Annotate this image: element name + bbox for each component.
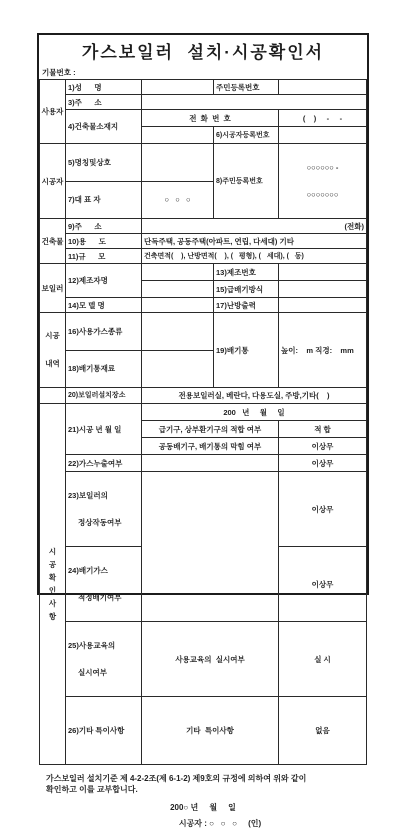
field-15-value bbox=[279, 281, 367, 298]
doc-number-label: 기물번호 : bbox=[39, 63, 367, 79]
row-3: 3)주 소 bbox=[40, 95, 367, 110]
field-19-value: 높이: m 직경: mm bbox=[279, 313, 367, 388]
field-4-value bbox=[142, 127, 214, 144]
field-26-value: 없음 bbox=[279, 697, 367, 765]
footer-statement-block: 가스보일러 설치기준 제 4-2-2조(제 6-1-2) 제9호의 규정에 의하… bbox=[39, 765, 367, 829]
field-23-24-mid bbox=[142, 472, 279, 622]
field-10-value: 단독주택, 공동주택(아파트, 연립, 다세대) 기타 bbox=[142, 234, 367, 249]
row-20: 20)보일러설치장소 전용보일러실, 베란다, 다용도실, 주방,기타( ) bbox=[40, 388, 367, 404]
field-10-label: 10)용 도 bbox=[66, 234, 142, 249]
field-3-label: 3)주 소 bbox=[66, 95, 142, 110]
section-boiler: 보일러 bbox=[40, 264, 66, 313]
field-9-label: 9)주 소 bbox=[66, 219, 142, 234]
field-12-label: 12)제조자명 bbox=[66, 264, 142, 298]
row-10: 10)용 도 단독주택, 공동주택(아파트, 연립, 다세대) 기타 bbox=[40, 234, 367, 249]
section-work-line1: 시공 bbox=[40, 331, 65, 341]
section-user: 사용자 bbox=[40, 80, 66, 144]
row-25: 25)사용교육의 실시여부 사용교육의 실시여부 실 시 bbox=[40, 622, 367, 697]
field-26-label: 26)기타 특이사항 bbox=[66, 697, 142, 765]
row-26: 26)기타 특이사항 기타 특이사항 없음 bbox=[40, 697, 367, 765]
field-22-label: 22)가스누출여부 bbox=[66, 455, 142, 472]
field-12-value2 bbox=[142, 281, 214, 298]
field-3-value bbox=[142, 95, 367, 110]
field-5-label: 5)명칭및상호 bbox=[66, 144, 142, 182]
field-17-label: 17)난방출력 bbox=[214, 298, 279, 313]
field-23-value: 이상무 bbox=[279, 472, 367, 547]
field-4-label: 4)건축물소재지 bbox=[66, 110, 142, 144]
check-2-value: 이상무 bbox=[279, 438, 367, 455]
field-5-value bbox=[142, 144, 214, 182]
field-13-label: 13)제조번호 bbox=[214, 264, 279, 281]
field-22-value: 이상무 bbox=[279, 455, 367, 472]
section-work-details: 시공 내역 bbox=[40, 313, 66, 388]
row-14: 14)모 델 명 17)난방출력 bbox=[40, 298, 367, 313]
section-building: 건축물 bbox=[40, 219, 66, 264]
field-24-label-line1: 24)배기가스 bbox=[68, 566, 139, 575]
footer-date: 200○ 년 월 일 bbox=[44, 802, 362, 813]
statement-line2: 확인하고 이를 교부합니다. bbox=[44, 784, 362, 795]
field-20-value: 전용보일러실, 베란다, 다용도실, 주방,기타( ) bbox=[142, 388, 367, 404]
field-13-value bbox=[279, 264, 367, 281]
field-8-value-line2: ○○○○○○○ bbox=[281, 190, 364, 199]
form-document: 가스보일러 설치·시공확인서 기물번호 : 사용자 1)성 명 주민등록번호 3… bbox=[37, 33, 369, 595]
phone-value: ( ) - - bbox=[279, 110, 367, 127]
field-16-label: 16)사용가스종류 bbox=[66, 313, 142, 351]
field-6-value bbox=[279, 127, 367, 144]
field-21-label: 21)시공 년 월 일 bbox=[66, 404, 142, 455]
field-24-label: 24)배기가스 적정배기여부 bbox=[66, 547, 142, 622]
row-9: 건축물 9)주 소 (전화) bbox=[40, 219, 367, 234]
phone-label: 전 화 번 호 bbox=[142, 110, 279, 127]
field-11-value: 건축면적( ), 난방면적( ), ( 평형), ( 세대), ( 동) bbox=[142, 249, 367, 264]
section-confirm: 시공확인사항 bbox=[40, 404, 66, 765]
field-23-label-line1: 23)보일러의 bbox=[68, 491, 139, 500]
field-14-value bbox=[142, 298, 214, 313]
field-25-value: 실 시 bbox=[279, 622, 367, 697]
section-constructor: 시공자 bbox=[40, 144, 66, 219]
field-12-value bbox=[142, 264, 214, 281]
field-19-label: 19)배기통 bbox=[214, 313, 279, 388]
field-23-label-line2: 정상작동여부 bbox=[68, 518, 139, 527]
check-1-value: 적 합 bbox=[279, 421, 367, 438]
field-20-label: 20)보일러설치장소 bbox=[66, 388, 142, 404]
resident-no-value bbox=[279, 80, 367, 95]
field-26-mid: 기타 특이사항 bbox=[142, 697, 279, 765]
row-16: 시공 내역 16)사용가스종류 19)배기통 높이: m 직경: mm bbox=[40, 313, 367, 351]
field-21-date: 200 년 월 일 bbox=[142, 404, 367, 421]
row-23: 23)보일러의 정상작동여부 이상무 bbox=[40, 472, 367, 547]
field-24-label-line2: 적정배기여부 bbox=[68, 593, 139, 602]
field-9-value: (전화) bbox=[142, 219, 367, 234]
row-1: 사용자 1)성 명 주민등록번호 bbox=[40, 80, 367, 95]
row-12a: 보일러 12)제조자명 13)제조번호 bbox=[40, 264, 367, 281]
row-5: 시공자 5)명칭및상호 8)주민등록번호 ○○○○○○ - ○○○○○○○ bbox=[40, 144, 367, 182]
field-11-label: 11)규 모 bbox=[66, 249, 142, 264]
field-18-label: 18)배기통재료 bbox=[66, 350, 142, 388]
field-8-label: 8)주민등록번호 bbox=[214, 144, 279, 219]
resident-no-label: 주민등록번호 bbox=[214, 80, 279, 95]
field-25-mid: 사용교육의 실시여부 bbox=[142, 622, 279, 697]
field-7-value: ○ ○ ○ bbox=[142, 181, 214, 219]
field-23-label: 23)보일러의 정상작동여부 bbox=[66, 472, 142, 547]
field-8-value-line1: ○○○○○○ - bbox=[281, 163, 364, 172]
check-1-label: 급기구, 상부환기구의 적합 여부 bbox=[142, 421, 279, 438]
form-title: 가스보일러 설치·시공확인서 bbox=[39, 35, 367, 63]
section-blank bbox=[40, 388, 66, 404]
row-21a: 시공확인사항 21)시공 년 월 일 200 년 월 일 bbox=[40, 404, 367, 421]
row-11: 11)규 모 건축면적( ), 난방면적( ), ( 평형), ( 세대), (… bbox=[40, 249, 367, 264]
statement-line1: 가스보일러 설치기준 제 4-2-2조(제 6-1-2) 제9호의 규정에 의하… bbox=[44, 773, 362, 784]
field-8-value: ○○○○○○ - ○○○○○○○ bbox=[279, 144, 367, 219]
field-17-value bbox=[279, 298, 367, 313]
field-25-label: 25)사용교육의 실시여부 bbox=[66, 622, 142, 697]
field-18-value bbox=[142, 350, 214, 388]
field-16-value bbox=[142, 313, 214, 351]
field-25-label-line1: 25)사용교육의 bbox=[68, 641, 139, 650]
section-confirm-label: 시공확인사항 bbox=[48, 545, 58, 623]
field-1-value bbox=[142, 80, 214, 95]
row-4a: 4)건축물소재지 전 화 번 호 ( ) - - bbox=[40, 110, 367, 127]
field-25-label-line2: 실시여부 bbox=[68, 668, 139, 677]
form-table: 사용자 1)성 명 주민등록번호 3)주 소 4)건축물소재지 전 화 번 호 … bbox=[39, 79, 367, 765]
field-6-label: 6)시공자등록번호 bbox=[214, 127, 279, 144]
field-22-mid bbox=[142, 455, 279, 472]
field-1-label: 1)성 명 bbox=[66, 80, 142, 95]
check-2-label: 공동배기구, 배기통의 막힘 여부 bbox=[142, 438, 279, 455]
footer-signer: 시공자 : ○ ○ ○ (인) bbox=[44, 818, 362, 829]
section-work-line2: 내역 bbox=[40, 359, 65, 369]
field-24-value: 이상무 bbox=[279, 547, 367, 622]
row-22: 22)가스누출여부 이상무 bbox=[40, 455, 367, 472]
field-14-label: 14)모 델 명 bbox=[66, 298, 142, 313]
field-7-label: 7)대 표 자 bbox=[66, 181, 142, 219]
field-15-label: 15)급배기방식 bbox=[214, 281, 279, 298]
